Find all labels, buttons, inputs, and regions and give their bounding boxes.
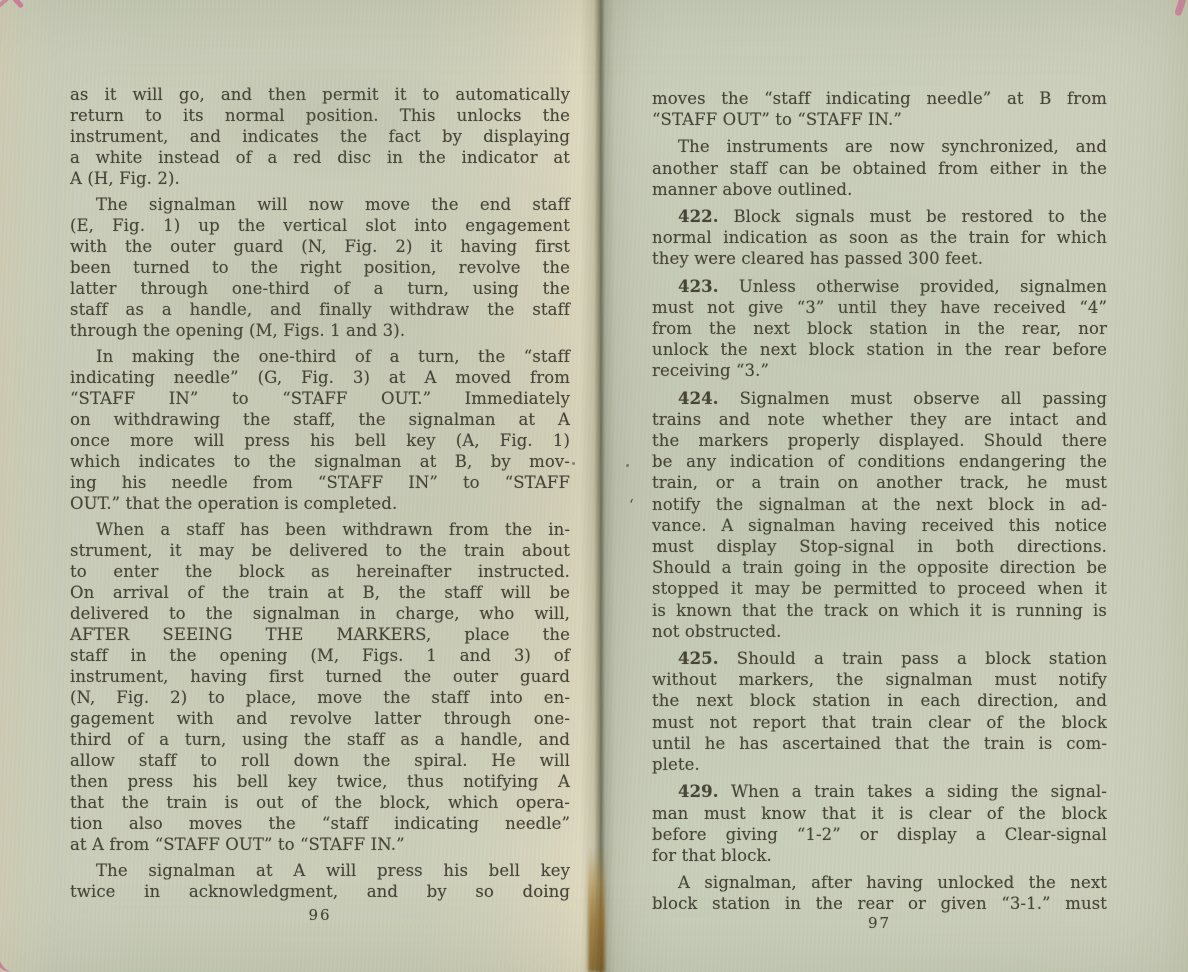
- paragraph: In making the one-third of a turn, the “…: [70, 346, 570, 514]
- text-line: strument, it may be delivered to the tra…: [70, 540, 570, 561]
- text-line: before giving “1-2” or display a Clear-s…: [652, 824, 1107, 845]
- text-line: third of a turn, using the staff as a ha…: [70, 729, 570, 750]
- text-line: not obstructed.: [652, 621, 1107, 642]
- text-line: A (H, Fig. 2).: [70, 168, 570, 189]
- paragraph: 425. Should a train pass a block station…: [652, 648, 1107, 775]
- ink-speck: [626, 464, 629, 467]
- text-line: latter through one-third of a turn, usin…: [70, 278, 570, 299]
- text-line: must not give “3” until they have receiv…: [652, 297, 1107, 318]
- text-line: On arrival of the train at B, the staff …: [70, 582, 570, 603]
- text-line: manner above outlined.: [652, 179, 1107, 200]
- paragraph: 429. When a train takes a siding the sig…: [652, 781, 1107, 866]
- text-line: delivered to the signalman in charge, wh…: [70, 603, 570, 624]
- text-line: The instruments are now synchronized, an…: [652, 136, 1107, 157]
- text-line: through the opening (M, Figs. 1 and 3).: [70, 320, 570, 341]
- text-line: the markers properly displayed. Should t…: [652, 430, 1107, 451]
- text-line: until he has ascertained that the train …: [652, 733, 1107, 754]
- glue-stain: [588, 848, 605, 972]
- paragraph: A signalman, after having unlocked the n…: [652, 872, 1107, 914]
- paragraph: The instruments are now synchronized, an…: [652, 136, 1107, 200]
- paragraph: 422. Block signals must be restored to t…: [652, 206, 1107, 270]
- page-number-left: 96: [70, 906, 570, 924]
- text-line: block station in the rear or given “3-1.…: [652, 893, 1107, 914]
- text-line: to enter the block as hereinafter instru…: [70, 561, 570, 582]
- left-text-block: as it will go, and then permit it to aut…: [70, 84, 570, 902]
- paragraph: moves the “staff indicating needle” at B…: [652, 88, 1107, 130]
- text-line: allow staff to roll down the spiral. He …: [70, 750, 570, 771]
- text-line: moves the “staff indicating needle” at B…: [652, 88, 1107, 109]
- text-line: normal indication as soon as the train f…: [652, 227, 1107, 248]
- text-line: twice in acknowledgment, and by so doing: [70, 881, 570, 902]
- paragraph: 424. Signalmen must observe all passingt…: [652, 388, 1107, 642]
- text-line: When a staff has been withdrawn from the…: [70, 519, 570, 540]
- text-line: unlock the next block station in the rea…: [652, 339, 1107, 360]
- text-line: The signalman at A will press his bell k…: [70, 860, 570, 881]
- text-line: staff in the opening (M, Figs. 1 and 3) …: [70, 645, 570, 666]
- text-line: In making the one-third of a turn, the “…: [70, 346, 570, 367]
- text-line: instrument, having first turned the oute…: [70, 666, 570, 687]
- text-line: AFTER SEEING THE MARKERS, place the: [70, 624, 570, 645]
- text-line: man must know that it is clear of the bl…: [652, 803, 1107, 824]
- text-line: without markers, the signalman must noti…: [652, 669, 1107, 690]
- text-line: that the train is out of the block, whic…: [70, 792, 570, 813]
- text-line: return to its normal position. This unlo…: [70, 105, 570, 126]
- text-line: stopped it may be permitted to proceed w…: [652, 578, 1107, 599]
- text-line: (E, Fig. 1) up the vertical slot into en…: [70, 215, 570, 236]
- text-line: from the next block station in the rear,…: [652, 318, 1107, 339]
- text-line: indicating needle” (G, Fig. 3) at A move…: [70, 367, 570, 388]
- text-line: ing his needle from “STAFF IN” to “STAFF: [70, 472, 570, 493]
- text-line: tion also moves the “staff indicating ne…: [70, 813, 570, 834]
- text-line: as it will go, and then permit it to aut…: [70, 84, 570, 105]
- text-line: instrument, and indicates the fact by di…: [70, 126, 570, 147]
- text-line: been turned to the right position, revol…: [70, 257, 570, 278]
- text-line: The signalman will now move the end staf…: [70, 194, 570, 215]
- text-line: 422. Block signals must be restored to t…: [652, 206, 1107, 227]
- text-line: once more will press his bell key (A, Fi…: [70, 430, 570, 451]
- text-line: 423. Unless otherwise provided, signalme…: [652, 276, 1107, 297]
- text-line: the next block station in each direction…: [652, 690, 1107, 711]
- text-line: “STAFF IN” to “STAFF OUT.” Immediately: [70, 388, 570, 409]
- paragraph: 423. Unless otherwise provided, signalme…: [652, 276, 1107, 382]
- text-line: (N, Fig. 2) to place, move the staff int…: [70, 687, 570, 708]
- text-line: for that block.: [652, 845, 1107, 866]
- paragraph: as it will go, and then permit it to aut…: [70, 84, 570, 189]
- text-line: Should a train going in the opposite dir…: [652, 557, 1107, 578]
- text-line: a white instead of a red disc in the ind…: [70, 147, 570, 168]
- book-scan: as it will go, and then permit it to aut…: [0, 0, 1188, 972]
- text-line: trains and note whether they are intact …: [652, 409, 1107, 430]
- paragraph: The signalman will now move the end staf…: [70, 194, 570, 341]
- right-text-block: moves the “staff indicating needle” at B…: [652, 88, 1107, 915]
- ink-speck: [572, 462, 575, 465]
- text-line: is known that the track on which it is r…: [652, 600, 1107, 621]
- text-line: vance. A signalman having received this …: [652, 515, 1107, 536]
- text-line: train, or a train on another track, he m…: [652, 472, 1107, 493]
- text-line: on withdrawing the staff, the signalman …: [70, 409, 570, 430]
- text-line: must not report that train clear of the …: [652, 712, 1107, 733]
- paragraph: The signalman at A will press his bell k…: [70, 860, 570, 902]
- text-line: which indicates to the signalman at B, b…: [70, 451, 570, 472]
- text-line: 425. Should a train pass a block station: [652, 648, 1107, 669]
- text-line: receiving “3.”: [652, 360, 1107, 381]
- text-line: notify the signalman at the next block i…: [652, 494, 1107, 515]
- text-line: 424. Signalmen must observe all passing: [652, 388, 1107, 409]
- paragraph: When a staff has been withdrawn from the…: [70, 519, 570, 855]
- page-number-right: 97: [652, 914, 1107, 932]
- text-line: at A from “STAFF OUT” to “STAFF IN.”: [70, 834, 570, 855]
- text-line: “STAFF OUT” to “STAFF IN.”: [652, 109, 1107, 130]
- text-line: OUT.” that the operation is completed.: [70, 493, 570, 514]
- text-line: 429. When a train takes a siding the sig…: [652, 781, 1107, 802]
- text-line: staff as a handle, and finally withdraw …: [70, 299, 570, 320]
- text-line: another staff can be obtained from eithe…: [652, 158, 1107, 179]
- text-line: must display Stop-signal in both directi…: [652, 536, 1107, 557]
- text-line: with the outer guard (N, Fig. 2) it havi…: [70, 236, 570, 257]
- text-line: then press his bell key twice, thus noti…: [70, 771, 570, 792]
- stray-ink-mark: ʻ: [629, 496, 634, 514]
- text-line: A signalman, after having unlocked the n…: [652, 872, 1107, 893]
- text-line: they were cleared has passed 300 feet.: [652, 248, 1107, 269]
- text-line: plete.: [652, 754, 1107, 775]
- text-line: be any indication of conditions endanger…: [652, 451, 1107, 472]
- text-line: gagement with and revolve latter through…: [70, 708, 570, 729]
